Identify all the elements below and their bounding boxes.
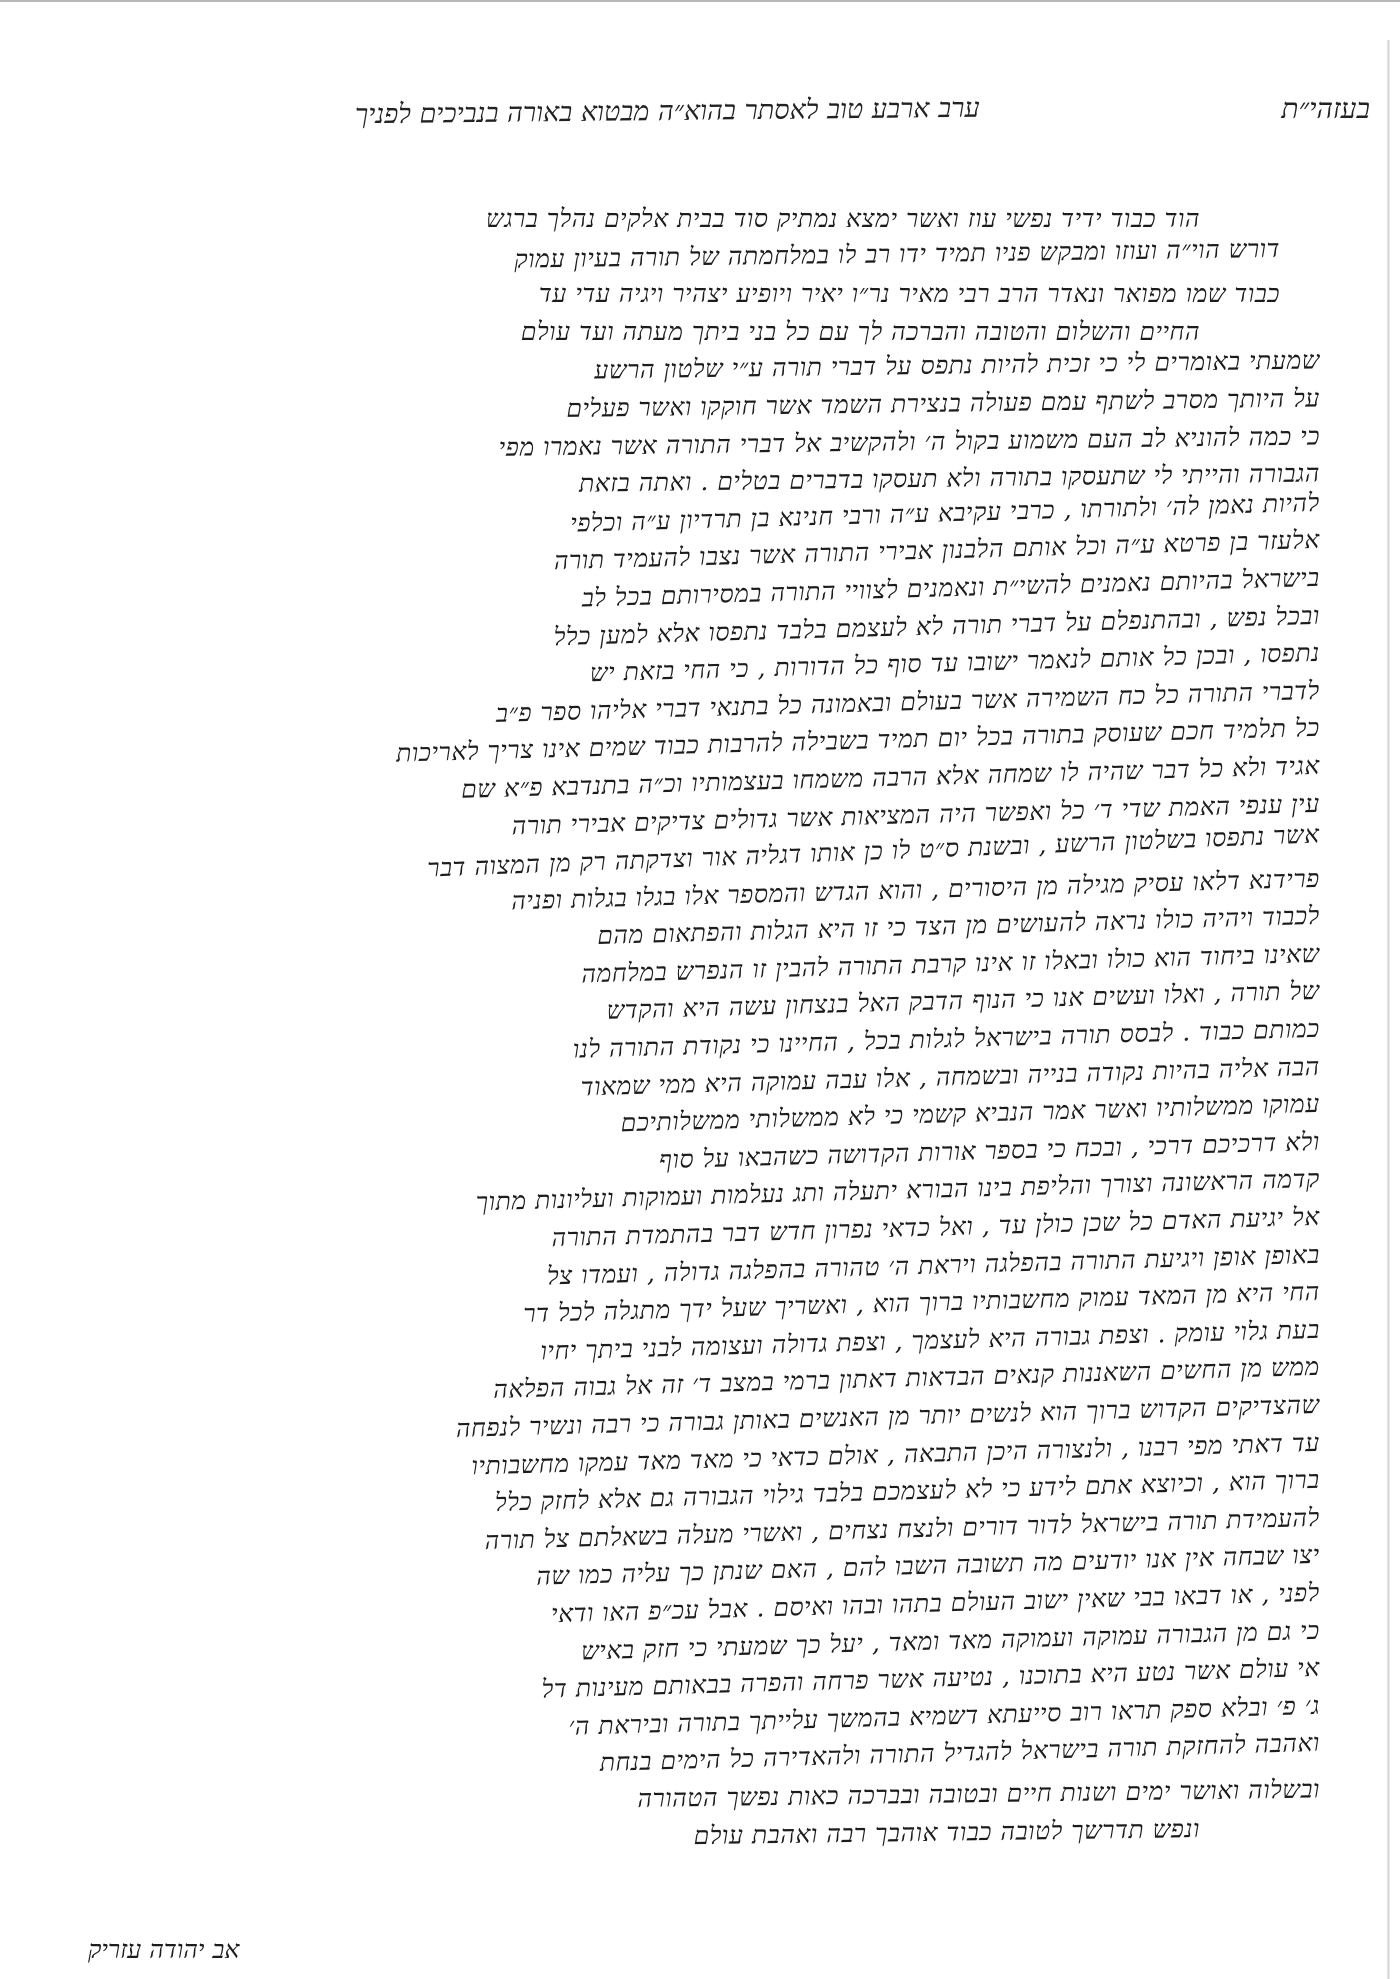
letter-body: הוד כבוד ידיד נפשי עוז ואשר ימצא נמתיק ס…: [90, 200, 1320, 1854]
addressee-line: ערב ארבע טוב לאסתר בהוא״ה מבטוא באורה בנ…: [355, 93, 980, 131]
scan-top-edge: [0, 0, 1400, 2]
scan-right-edge-shadow: [1387, 40, 1390, 1979]
header-mark: בעזהי״ת: [1281, 92, 1370, 126]
scanned-letter-page: בעזהי״ת ערב ארבע טוב לאסתר בהוא״ה מבטוא …: [0, 0, 1400, 1979]
signature: אב יהודה עזריק: [88, 1935, 239, 1965]
